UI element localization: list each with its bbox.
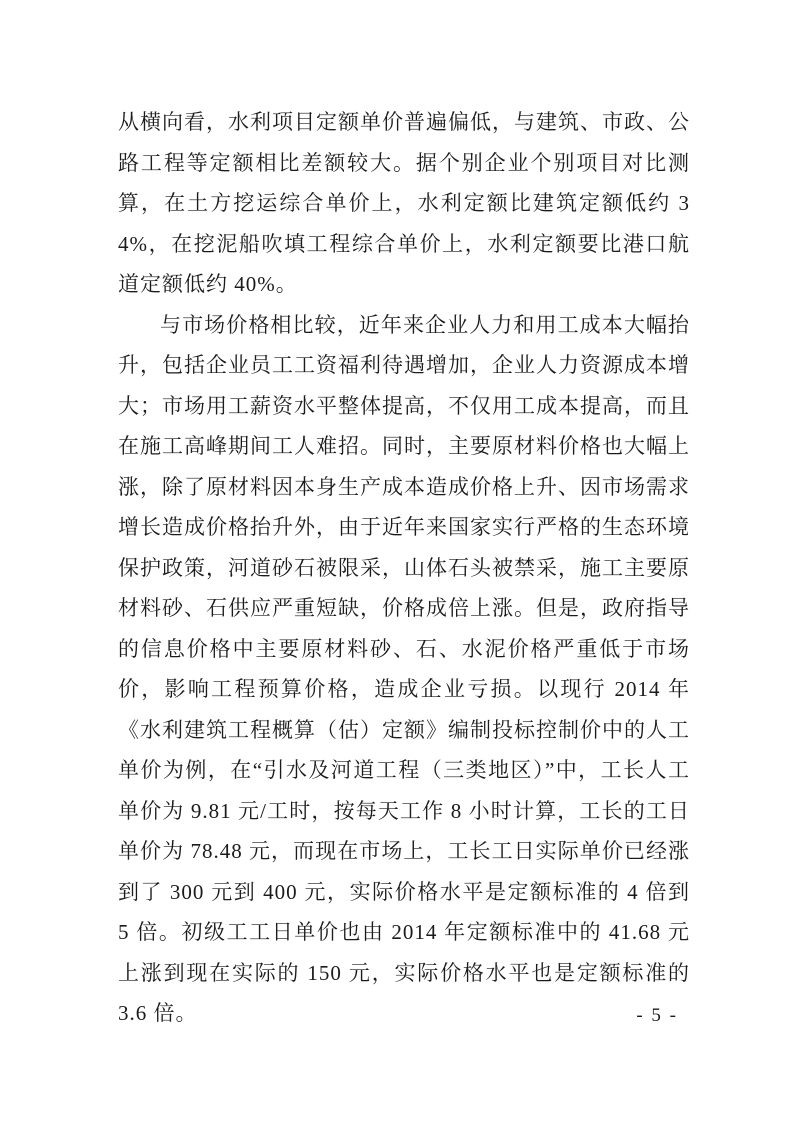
document-body: 从横向看，水利项目定额单价普遍偏低，与建筑、市政、公路工程等定额相比差额较大。据… — [118, 102, 690, 1034]
paragraph: 从横向看，水利项目定额单价普遍偏低，与建筑、市政、公路工程等定额相比差额较大。据… — [118, 102, 690, 305]
page-number: - 5 - — [636, 1004, 678, 1028]
document-page: 从横向看，水利项目定额单价普遍偏低，与建筑、市政、公路工程等定额相比差额较大。据… — [0, 0, 800, 1131]
paragraph: 与市场价格相比较，近年来企业人力和用工成本大幅抬升，包括企业员工工资福利待遇增加… — [118, 305, 690, 1034]
